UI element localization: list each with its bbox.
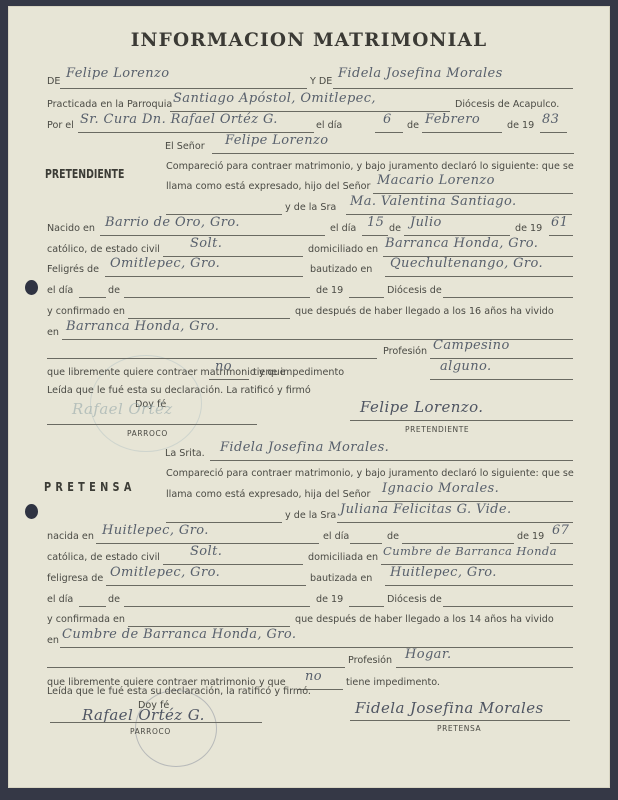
document-title: INFORMACION MATRIMONIAL (0, 30, 618, 51)
punch-hole-top (25, 280, 38, 295)
bap-de-19-label-2: de 19 (316, 594, 343, 606)
de-19-label: de 19 (507, 120, 534, 132)
domicile-field-2[interactable]: Cumbre de Barranca Honda (383, 544, 557, 558)
de-label: de (389, 223, 401, 235)
leida-text: Leída que le fué esta su declaración. La… (47, 385, 311, 397)
parroquia-field[interactable]: Santiago Apóstol, Omitlepec, (173, 91, 376, 106)
el-senor-field[interactable]: Felipe Lorenzo (225, 133, 328, 148)
groom-name-field[interactable]: Felipe Lorenzo (66, 66, 169, 81)
yde-label: Y DE (310, 76, 332, 88)
bautizado-label: bautizado en (310, 264, 372, 276)
bride-name-field[interactable]: Fidela Josefina Morales (338, 66, 503, 81)
mother-field[interactable]: Ma. Valentina Santiago. (350, 194, 517, 209)
birth-year-field-2[interactable]: 67 (552, 523, 569, 538)
llama-hija-label: llama como está expresado, hija del Seño… (166, 489, 371, 501)
civil-status-field[interactable]: Solt. (190, 236, 222, 251)
civil-status-field-2[interactable]: Solt. (190, 544, 222, 559)
baptized-in-field-2[interactable]: Huitlepec, Gro. (390, 565, 497, 580)
officiant-field[interactable]: Sr. Cura Dn. Rafael Ortéz G. (80, 112, 278, 127)
bap-diocesis-label: Diócesis de (387, 285, 442, 297)
no-impedimento-field[interactable]: no (215, 359, 232, 374)
en-label-2: en (47, 635, 59, 647)
confirmado-label: y confirmado en (47, 306, 125, 318)
lived-in-field[interactable]: Barranca Honda, Gro. (66, 319, 219, 334)
profession-field[interactable]: Campesino (433, 338, 510, 353)
el-dia-label: el día (330, 223, 356, 235)
de-19-label-2: de 19 (517, 531, 544, 543)
nacida-label: nacida en (47, 531, 94, 543)
feligres-label: Feligrés de (47, 264, 99, 276)
catolico-label: católico, de estado civil (47, 244, 160, 256)
por-el-label: Por el (47, 120, 74, 132)
profesion-label: Profesión (383, 346, 427, 358)
birthplace-field[interactable]: Barrio de Oro, Gro. (105, 215, 240, 230)
bap-el-dia-label-2: el día (47, 594, 73, 606)
day-field[interactable]: 6 (383, 112, 392, 127)
el-dia-label: el día (316, 120, 342, 132)
comparecio-text-2: Compareció para contraer matrimonio, y b… (166, 468, 574, 480)
catolica-label: católica, de estado civil (47, 552, 160, 564)
domicile-field[interactable]: Barranca Honda, Gro. (385, 236, 538, 251)
despues-label: que después de haber llegado a los 16 añ… (295, 306, 554, 318)
profession-field-2[interactable]: Hogar. (405, 647, 452, 662)
pretensa-signature: Fidela Josefina Morales (355, 699, 544, 717)
el-senor-label: El Señor (165, 141, 205, 153)
birth-year-field[interactable]: 61 (551, 215, 568, 230)
mother-field-2[interactable]: Juliana Felicitas G. Vide. (340, 502, 512, 517)
srita-label: La Srita. (165, 448, 205, 460)
practicada-label: Practicada en la Parroquia (47, 99, 172, 111)
feligresa-label: feligresa de (47, 573, 103, 585)
confirmada-label: y confirmada en (47, 614, 125, 626)
impedimento-value-field[interactable]: alguno. (440, 359, 492, 374)
leida-text-2: Leída que le fué esta su declaración, la… (47, 686, 311, 698)
srita-name-field[interactable]: Fidela Josefina Morales. (220, 440, 389, 455)
domiciliado-label: domiciliado en (308, 244, 378, 256)
parroco-signature: Rafael Ortéz (72, 400, 173, 418)
llama-hijo-label: llama como está expresado, hijo del Seño… (166, 181, 370, 193)
sra-label: y de la Sra (285, 202, 336, 214)
year-field[interactable]: 83 (542, 112, 559, 127)
month-field[interactable]: Febrero (425, 112, 480, 127)
pretensa-section-label: PRETENSA (44, 479, 136, 494)
bap-de-label: de (108, 285, 120, 297)
pretendiente-section-label: PRETENDIENTE (45, 167, 124, 181)
despues-label-2: que después de haber llegado a los 14 añ… (295, 614, 554, 626)
birth-month-field[interactable]: Julio (410, 215, 442, 230)
pretendiente-caption: PRETENDIENTE (405, 425, 469, 434)
sra-label-2: y de la Sra (285, 510, 336, 522)
pretendiente-signature: Felipe Lorenzo. (360, 398, 483, 416)
bautizada-label: bautizada en (310, 573, 372, 585)
birthplace-field-2[interactable]: Huitlepec, Gro. (102, 523, 209, 538)
domiciliada-label: domiciliada en (308, 552, 378, 564)
comparecio-text: Compareció para contraer matrimonio, y b… (166, 161, 574, 173)
libremente-label: que libremente quiere contraer matrimoni… (47, 367, 286, 379)
bap-diocesis-label-2: Diócesis de (387, 594, 442, 606)
birth-day-field[interactable]: 15 (367, 215, 384, 230)
de-19-label: de 19 (515, 223, 542, 235)
pretensa-caption: PRETENSA (437, 724, 481, 733)
en-label: en (47, 327, 59, 339)
feligresa-field[interactable]: Omitlepec, Gro. (110, 565, 220, 580)
impedimento-label-2: tiene impedimento. (346, 677, 440, 689)
impedimento-label: tiene impedimento (253, 367, 344, 379)
de-label-2: de (387, 531, 399, 543)
baptized-in-field[interactable]: Quechultenango, Gro. (390, 256, 543, 271)
lived-in-field-2[interactable]: Cumbre de Barranca Honda, Gro. (62, 627, 296, 642)
no-impedimento-field-2[interactable]: no (305, 669, 322, 684)
parroco-caption-2: PARROCO (130, 727, 171, 736)
profesion-label-2: Profesión (348, 655, 392, 667)
parroco-caption: PARROCO (127, 429, 168, 438)
de-label-2: de (407, 120, 419, 132)
el-dia-label-2: el día (323, 531, 349, 543)
de-label: DE (47, 76, 60, 88)
feligres-field[interactable]: Omitlepec, Gro. (110, 256, 220, 271)
father-field-2[interactable]: Ignacio Morales. (382, 481, 499, 496)
nacido-label: Nacido en (47, 223, 95, 235)
bap-de-19-label: de 19 (316, 285, 343, 297)
bap-el-dia-label: el día (47, 285, 73, 297)
punch-hole-bottom (25, 504, 38, 519)
diocesis-acapulco-label: Diócesis de Acapulco. (455, 99, 559, 111)
bap-de-label-2: de (108, 594, 120, 606)
father-field[interactable]: Macario Lorenzo (377, 173, 495, 188)
